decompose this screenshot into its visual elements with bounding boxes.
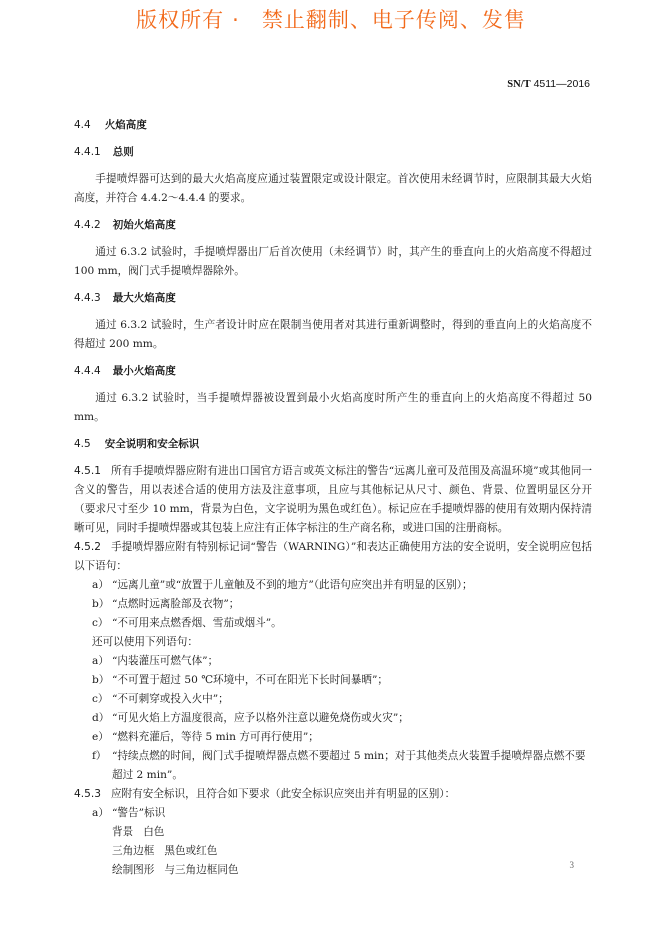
list-item: f）“持续点燃的时间，阀门式手提喷焊器点燃不要超过 5 min；对于其他类点火装… [74,747,592,785]
section-number: 4.4 [74,119,91,131]
list-marker: c） [92,614,109,633]
list-marker: b） [92,595,109,614]
section-number: 4.4.4 [74,365,101,377]
clause-4-5-3: 4.5.3应附有安全标识，且符合如下要求（此安全标识应突出并有明显的区别）： [74,785,592,804]
clause-4-5-1: 4.5.1所有手提喷焊器应附有进出口国官方语言或英文标注的警告“远离儿童可及范围… [74,462,592,538]
paragraph-4-4-4: 通过 6.3.2 试验时，当手提喷焊器被设置到最小火焰高度时所产生的垂直向上的火… [74,389,592,427]
sign-property: 三角边框黑色或红色 [74,842,592,861]
heading-4-4-3: 4.4.3最大火焰高度 [74,289,592,308]
clause-number: 4.5.1 [74,465,101,477]
list-item: b）“点燃时远离脸部及衣物”； [74,595,592,614]
list-marker: b） [92,671,109,690]
property-value: 与三角边框同色 [164,864,238,876]
list-marker: a） [92,804,109,823]
list-marker: a） [92,652,109,671]
property-label: 背景 [112,823,133,842]
section-title: 最大火焰高度 [113,292,176,304]
list-text: “燃料充灌后，等待 5 min 方可再行使用”； [112,731,319,743]
required-statements-list: a）“远离儿童”或“放置于儿童触及不到的地方”（此语句应突出并有明显的区别）； … [74,576,592,633]
watermark-separator: · [232,8,240,32]
standard-prefix: SN/T [507,79,530,90]
sign-property: 绘制图形与三角边框同色 [74,861,592,880]
list-text: “内装灌压可燃气体”； [112,655,218,667]
clause-4-5-2: 4.5.2手提喷焊器应附有特别标记词“警告（WARNING）”和表达正确使用方法… [74,538,592,576]
clause-number: 4.5.2 [74,541,101,553]
list-item: c）“不可刺穿或投入火中”； [74,690,592,709]
list-marker: f） [92,747,107,766]
heading-4-4-1: 4.4.1总则 [74,143,592,162]
list-marker: d） [92,709,109,728]
list-text: “不可置于超过 50 ℃环境中，不可在阳光下长时间暴晒”； [112,674,388,686]
document-body: 4.4火焰高度 4.4.1总则 手提喷焊器可达到的最大火焰高度应通过装置限定或设… [74,116,592,880]
property-label: 三角边框 [112,842,154,861]
standard-code: SN/T 4511—2016 [507,78,590,90]
list-item: e）“燃料充灌后，等待 5 min 方可再行使用”； [74,728,592,747]
optional-statements-intro: 还可以使用下列语句： [74,633,592,652]
list-text: “警告”标识 [112,807,165,819]
page-number: 3 [570,860,575,870]
heading-4-4-4: 4.4.4最小火焰高度 [74,362,592,381]
section-title: 初始火焰高度 [113,219,176,231]
list-marker: a） [92,576,109,595]
list-item: b）“不可置于超过 50 ℃环境中，不可在阳光下长时间暴晒”； [74,671,592,690]
section-title: 最小火焰高度 [113,365,176,377]
section-number: 4.4.1 [74,146,101,158]
section-title: 安全说明和安全标识 [105,438,200,450]
property-label: 绘制图形 [112,861,154,880]
list-text: “不可刺穿或投入火中”； [112,693,229,705]
heading-4-4: 4.4火焰高度 [74,116,592,135]
clause-text: 手提喷焊器应附有特别标记词“警告（WARNING）”和表达正确使用方法的安全说明… [74,541,592,572]
copyright-watermark: 版权所有·禁止翻制、电子传阅、发售 [0,4,662,34]
paragraph-4-4-3: 通过 6.3.2 试验时，生产者设计时应在限制当使用者对其进行重新调整时，得到的… [74,316,592,354]
list-marker: c） [92,690,109,709]
list-item: a）“远离儿童”或“放置于儿童触及不到的地方”（此语句应突出并有明显的区别）； [74,576,592,595]
section-number: 4.4.2 [74,219,101,231]
list-item: c）“不可用来点燃香烟、雪茄或烟斗”。 [74,614,592,633]
list-item: a）“内装灌压可燃气体”； [74,652,592,671]
property-value: 黑色或红色 [164,845,217,857]
sign-property: 背景白色 [74,823,592,842]
heading-4-4-2: 4.4.2初始火焰高度 [74,216,592,235]
watermark-part1: 版权所有 [136,8,224,32]
safety-sign-list: a）“警告”标识 [74,804,592,823]
list-text: “持续点燃的时间，阀门式手提喷焊器点燃不要超过 5 min；对于其他类点火装置手… [112,750,586,781]
list-text: “不可用来点燃香烟、雪茄或烟斗”。 [112,617,282,629]
list-text: “点燃时远离脸部及衣物”； [112,598,239,610]
list-marker: e） [92,728,109,747]
section-number: 4.4.3 [74,292,101,304]
optional-statements-list: a）“内装灌压可燃气体”； b）“不可置于超过 50 ℃环境中，不可在阳光下长时… [74,652,592,785]
standard-number: 4511—2016 [534,78,590,90]
clause-number: 4.5.3 [74,788,101,800]
paragraph-4-4-2: 通过 6.3.2 试验时，手提喷焊器出厂后首次使用（未经调节）时，其产生的垂直向… [74,243,592,281]
list-text: “可见火焰上方温度很高，应予以格外注意以避免烧伤或火灾”； [112,712,409,724]
section-number: 4.5 [74,438,91,450]
list-item: a）“警告”标识 [74,804,592,823]
section-title: 火焰高度 [105,119,147,131]
watermark-part2: 禁止翻制、电子传阅、发售 [262,8,526,32]
list-item: d）“可见火焰上方温度很高，应予以格外注意以避免烧伤或火灾”； [74,709,592,728]
heading-4-5: 4.5安全说明和安全标识 [74,435,592,454]
list-text: “远离儿童”或“放置于儿童触及不到的地方”（此语句应突出并有明显的区别）； [112,579,473,591]
clause-text: 应附有安全标识，且符合如下要求（此安全标识应突出并有明显的区别）： [111,788,455,800]
clause-text: 所有手提喷焊器应附有进出口国官方语言或英文标注的警告“远离儿童可及范围及高温环境… [74,465,592,534]
paragraph-4-4-1: 手提喷焊器可达到的最大火焰高度应通过装置限定或设计限定。首次使用未经调节时，应限… [74,170,592,208]
section-title: 总则 [113,146,134,158]
property-value: 白色 [143,826,164,838]
